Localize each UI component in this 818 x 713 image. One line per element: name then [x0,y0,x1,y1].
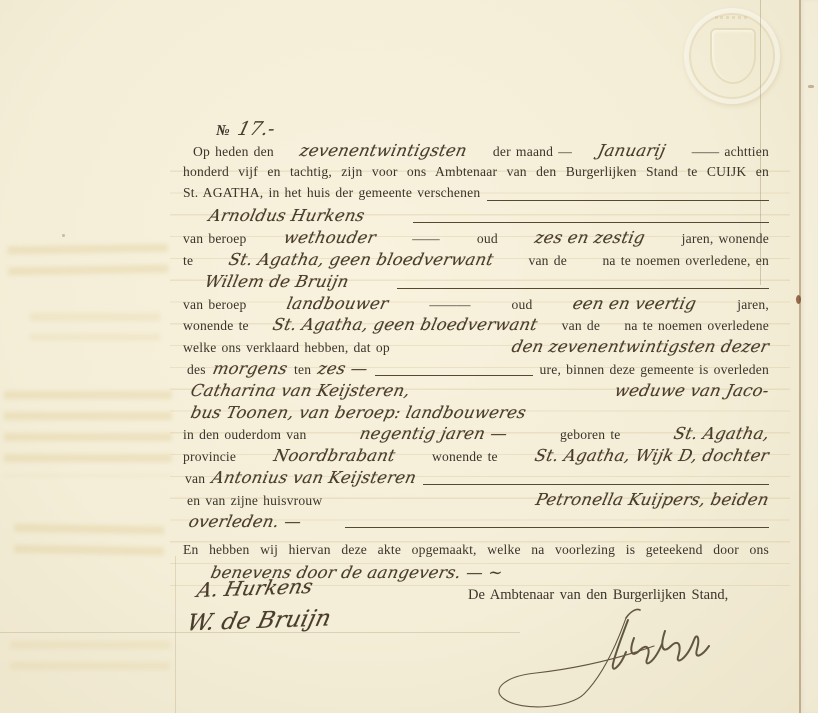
printed-text-segment: van beroep [183,297,247,313]
handwritten-text-segment: wethouder [281,228,377,247]
bleed-through-smudge [8,231,169,280]
blank-fill-rule [423,484,769,485]
blank-fill-rule [397,288,769,289]
blank-fill-rule [375,375,533,376]
handwritten-text-segment: morgens [211,359,289,378]
handwritten-text-segment: Willem de Bruijn [203,272,351,291]
printed-text-segment: van beroep [183,231,247,247]
document-sheet: № 17.- Op heden denzevenentwintigstender… [0,0,818,713]
act-body: Op heden denzevenentwintigstender maand … [183,141,769,585]
page-edge-margin [801,0,818,713]
printed-text-segment: van de [562,318,601,334]
printed-text-segment: geboren te [560,427,621,443]
blank-fill-rule [413,222,769,223]
printed-text-segment: na te noemen overledene, en [602,253,769,269]
printed-text-segment: ——— [429,297,470,313]
official-signature-flourish-icon [488,604,738,712]
ink-speck [796,295,801,304]
registrar-title: De Ambtenaar van den Burgerlijken Stand, [468,587,728,604]
handwritten-text-segment: weduwe van Jaco- [613,381,771,400]
handwritten-text-segment: overleden. — [187,512,303,531]
printed-text-segment: wonende te [432,449,498,465]
printed-text-segment: der maand — [493,144,572,160]
printed-text-segment: ten [294,362,311,378]
printed-text-segment: van de [528,253,567,269]
printed-text-segment: des [187,362,206,378]
printed-text-segment: te [183,253,193,269]
blank-fill-rule [345,527,769,528]
bleed-through-smudge [30,300,160,340]
number-value: 17.- [235,118,277,140]
printed-text-segment: ure, binnen deze gemeente is overleden [540,362,769,378]
handwritten-text-segment: negentig jaren — [358,424,509,443]
handwritten-text-segment: zes — [316,359,370,378]
document-line: honderd vijf en tachtig, zijn voor ons A… [183,163,769,185]
printed-text-segment: provincie [183,449,236,465]
document-line: provincieNoordbrabantwonende teSt. Agath… [183,446,769,468]
printed-text-segment: En hebben wij hiervan deze akte opgemaak… [183,542,769,557]
document-line: wonende teSt. Agatha, geen bloedverwantv… [183,315,769,337]
printed-text-segment: oud [512,297,533,313]
signature-w-de-bruijn: W. de Bruijn [184,606,333,637]
bleed-through-smudge [4,378,172,476]
printed-text-segment: wonende te [183,318,249,334]
signature-a-hurkens: A. Hurkens [195,574,316,602]
blank-fill-rule [487,200,769,201]
printed-text-segment: —— [412,231,440,247]
handwritten-text-segment: den zevenentwintigsten dezer [510,337,771,356]
bleed-through-smudge [14,511,165,566]
document-line: Op heden denzevenentwintigstender maand … [183,141,769,163]
handwritten-text-segment: Arnoldus Hurkens [207,206,367,225]
document-line: bus Toonen, van beroep: landbouweres [183,403,769,425]
document-line: St. AGATHA, in het huis der gemeente ver… [183,185,769,207]
ink-speck [808,85,814,88]
printed-text-segment: St. AGATHA, in het huis der gemeente ver… [183,185,480,201]
number-label: № [216,123,230,140]
handwritten-text-segment: Antonius van Keijsteren [210,468,418,487]
document-line: teSt. Agatha, geen bloedverwantvan dena … [183,250,769,272]
handwritten-text-segment: landbouwer [285,294,390,313]
document-line: Catharina van Keijsteren,weduwe van Jaco… [183,381,769,403]
printed-text-segment: honderd vijf en tachtig, zijn voor ons A… [183,164,769,179]
printed-text-segment: van [185,471,205,487]
printed-text-segment: welke ons verklaard hebben, dat op [183,340,390,356]
printed-text-segment: jaren, [737,297,769,313]
document-line: van beroepwethouder——oudzes en zestigjar… [183,228,769,250]
printed-text-segment: jaren, wonende [682,231,769,247]
document-line: Willem de Bruijn [183,272,769,294]
handwritten-text-segment: Januarij [596,141,667,160]
document-line: En hebben wij hiervan deze akte opgemaak… [183,541,769,563]
document-line: desmorgenstenzes —ure, binnen deze gemee… [183,359,769,381]
printed-text-segment: en van zijne huisvrouw [187,493,322,509]
printed-text-segment: in den ouderdom van [183,427,306,443]
handwritten-text-segment: St. Agatha, geen bloedverwant [227,250,495,269]
printed-text-segment: oud [477,231,498,247]
document-line: Arnoldus Hurkens [183,206,769,228]
handwritten-text-segment: een en veertig [571,294,698,313]
handwritten-text-segment: St. Agatha, geen bloedverwant [271,315,539,334]
handwritten-text-segment: Catharina van Keijsteren, [189,381,412,400]
handwritten-text-segment: Noordbrabant [271,446,396,465]
document-line: vanAntonius van Keijsteren [183,468,769,490]
printed-text-segment: Op heden den [193,144,274,160]
document-line: van beroeplandbouwer———oudeen en veertig… [183,294,769,316]
printed-text-segment: na te noemen overledene [624,318,769,334]
seal-coat-of-arms-icon [710,28,756,84]
fold-line-bottom-left [175,556,176,713]
handwritten-text-segment: bus Toonen, van beroep: landbouweres [189,403,528,422]
embossed-seal-icon [684,8,780,104]
document-line: en van zijne huisvrouwPetronella Kuijper… [183,490,769,512]
bleed-through-smudge [10,628,170,674]
handwritten-text-segment: Petronella Kuijpers, beiden [534,490,771,509]
handwritten-text-segment: zes en zestig [533,228,647,247]
certificate-number: № 17.- [216,118,274,140]
ink-speck [62,234,65,237]
printed-text-segment: —— achttien [692,144,769,160]
document-line: overleden. — [183,512,769,534]
handwritten-text-segment: St. Agatha, [672,424,771,443]
document-line: in den ouderdom vannegentig jaren —gebor… [183,424,769,446]
handwritten-text-segment: zevenentwintigsten [298,141,469,160]
document-line: welke ons verklaard hebben, dat opden ze… [183,337,769,359]
handwritten-text-segment: St. Agatha, Wijk D, dochter [533,446,771,465]
